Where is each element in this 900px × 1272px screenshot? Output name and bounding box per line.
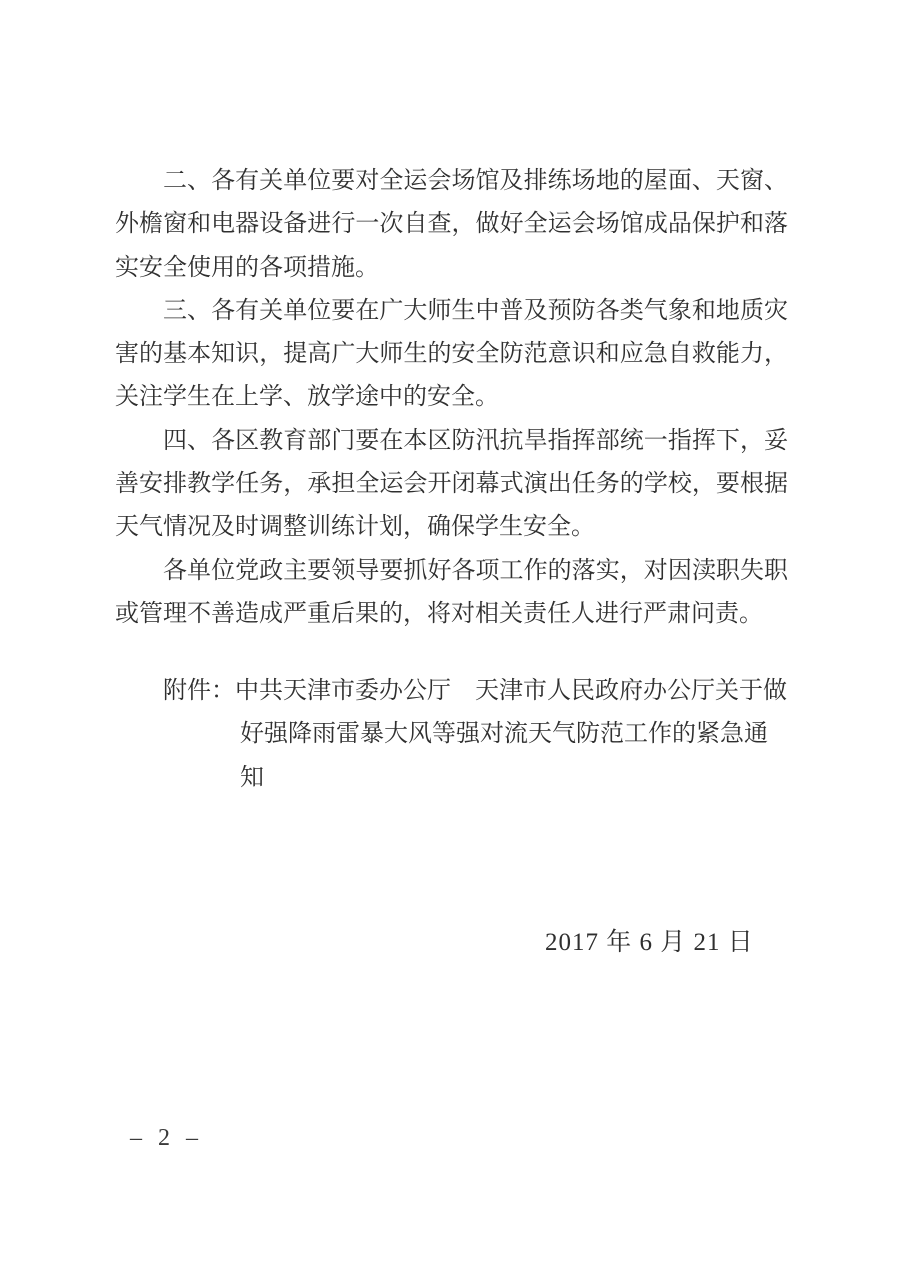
attachment-line-1: 附件：中共天津市委办公厅 天津市人民政府办公厅关于做 bbox=[163, 670, 803, 713]
paragraph: 各单位党政主要领导要抓好各项工作的落实，对因渎职失职或管理不善造成严重后果的，将… bbox=[115, 550, 788, 637]
paragraph: 四、各区教育部门要在本区防汛抗旱指挥部统一指挥下，妥善安排教学任务，承担全运会开… bbox=[115, 420, 788, 550]
document-date: 2017 年 6 月 21 日 bbox=[545, 928, 754, 958]
attachment-block: 附件：中共天津市委办公厅 天津市人民政府办公厅关于做 好强降雨雷暴大风等强对流天… bbox=[163, 670, 803, 800]
document-page: 二、各有关单位要对全运会场馆及排练场地的屋面、天窗、外檐窗和电器设备进行一次自查… bbox=[0, 0, 900, 1272]
attachment-text-1: 中共天津市委办公厅 天津市人民政府办公厅关于做 bbox=[235, 678, 787, 704]
paragraph: 二、各有关单位要对全运会场馆及排练场地的屋面、天窗、外檐窗和电器设备进行一次自查… bbox=[115, 160, 788, 290]
document-body: 二、各有关单位要对全运会场馆及排练场地的屋面、天窗、外檐窗和电器设备进行一次自查… bbox=[115, 160, 788, 636]
paragraph: 三、各有关单位要在广大师生中普及预防各类气象和地质灾害的基本知识，提高广大师生的… bbox=[115, 290, 788, 420]
attachment-line-3: 知 bbox=[163, 757, 803, 800]
page-number: – 2 – bbox=[130, 1124, 203, 1153]
attachment-line-2: 好强降雨雷暴大风等强对流天气防范工作的紧急通 bbox=[163, 713, 803, 756]
attachment-label: 附件： bbox=[163, 678, 235, 704]
